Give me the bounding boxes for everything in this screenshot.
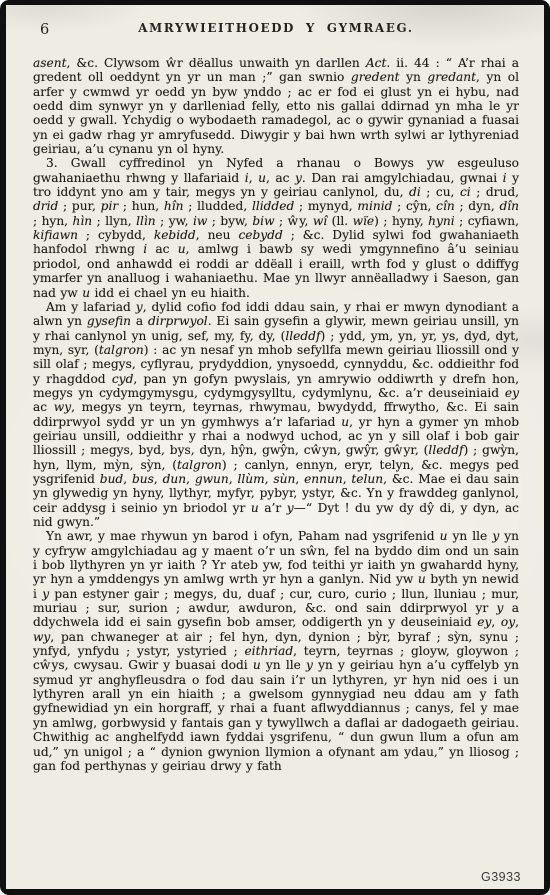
page-title: AMRYWIEITHOEDD Y GYMRAEG. <box>33 21 519 35</box>
page-header: 6 AMRYWIEITHOEDD Y GYMRAEG. <box>33 21 519 43</box>
plate-code: G3933 <box>481 870 521 884</box>
page-number: 6 <box>40 22 49 38</box>
scan-frame: 6 AMRYWIEITHOEDD Y GYMRAEG. asent, &c. C… <box>0 0 550 895</box>
paragraph-3: Am y lafariad y, dylid cofio fod iddi dd… <box>33 300 519 530</box>
paragraph-2: 3. Gwall cyffredinol yn Nyfed a rhanau o… <box>33 156 519 299</box>
paragraph-4: Yn awr, y mae rhywun yn barod i ofyn, Pa… <box>33 529 519 773</box>
paragraph-1: asent, &c. Clywsom ŵr dëallus unwaith yn… <box>33 56 519 156</box>
page-text: asent, &c. Clywsom ŵr dëallus unwaith yn… <box>33 56 519 773</box>
book-page: 6 AMRYWIEITHOEDD Y GYMRAEG. asent, &c. C… <box>6 5 544 889</box>
